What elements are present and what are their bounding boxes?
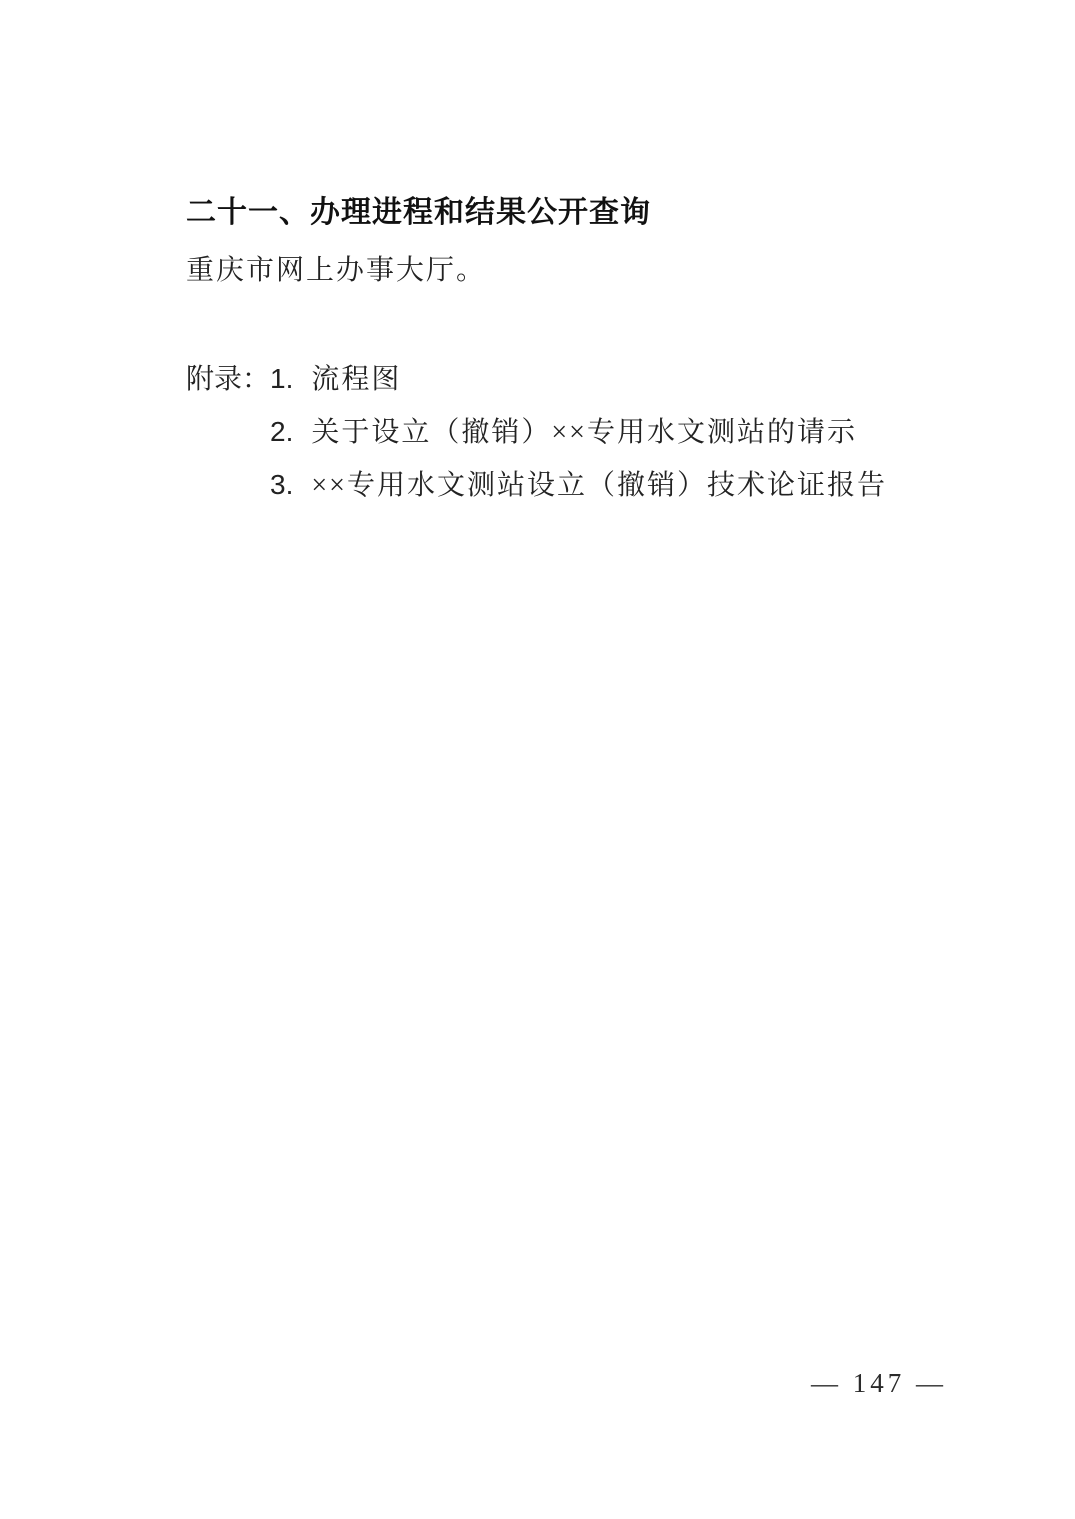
appendix-item-text: ××专用水文测站设立（撤销）技术论证报告 (311, 470, 887, 501)
document-page: 二十一、办理进程和结果公开查询 重庆市网上办事大厅。 附录：1.流程图 2.关于… (0, 0, 1075, 1519)
appendix-label: 附录： (186, 364, 270, 395)
appendix-item-text: 流程图 (311, 364, 401, 395)
document-content: 二十一、办理进程和结果公开查询 重庆市网上办事大厅。 附录：1.流程图 2.关于… (186, 197, 955, 500)
appendix-item-number: 2. (270, 416, 293, 447)
appendix-item: 附录：1.流程图 (186, 365, 955, 394)
page-number: — 147 — (811, 1370, 947, 1397)
appendix-item: 3.××专用水文测站设立（撤销）技术论证报告 (186, 471, 955, 500)
appendix-item-number: 1. (270, 363, 293, 394)
appendix-list: 附录：1.流程图 2.关于设立（撤销）××专用水文测站的请示 3.××专用水文测… (186, 365, 955, 500)
body-paragraph: 重庆市网上办事大厅。 (186, 256, 955, 286)
appendix-item-text: 关于设立（撤销）××专用水文测站的请示 (311, 417, 857, 448)
section-heading: 二十一、办理进程和结果公开查询 (186, 197, 955, 228)
appendix-item-number: 3. (270, 469, 293, 500)
appendix-item: 2.关于设立（撤销）××专用水文测站的请示 (186, 418, 955, 447)
